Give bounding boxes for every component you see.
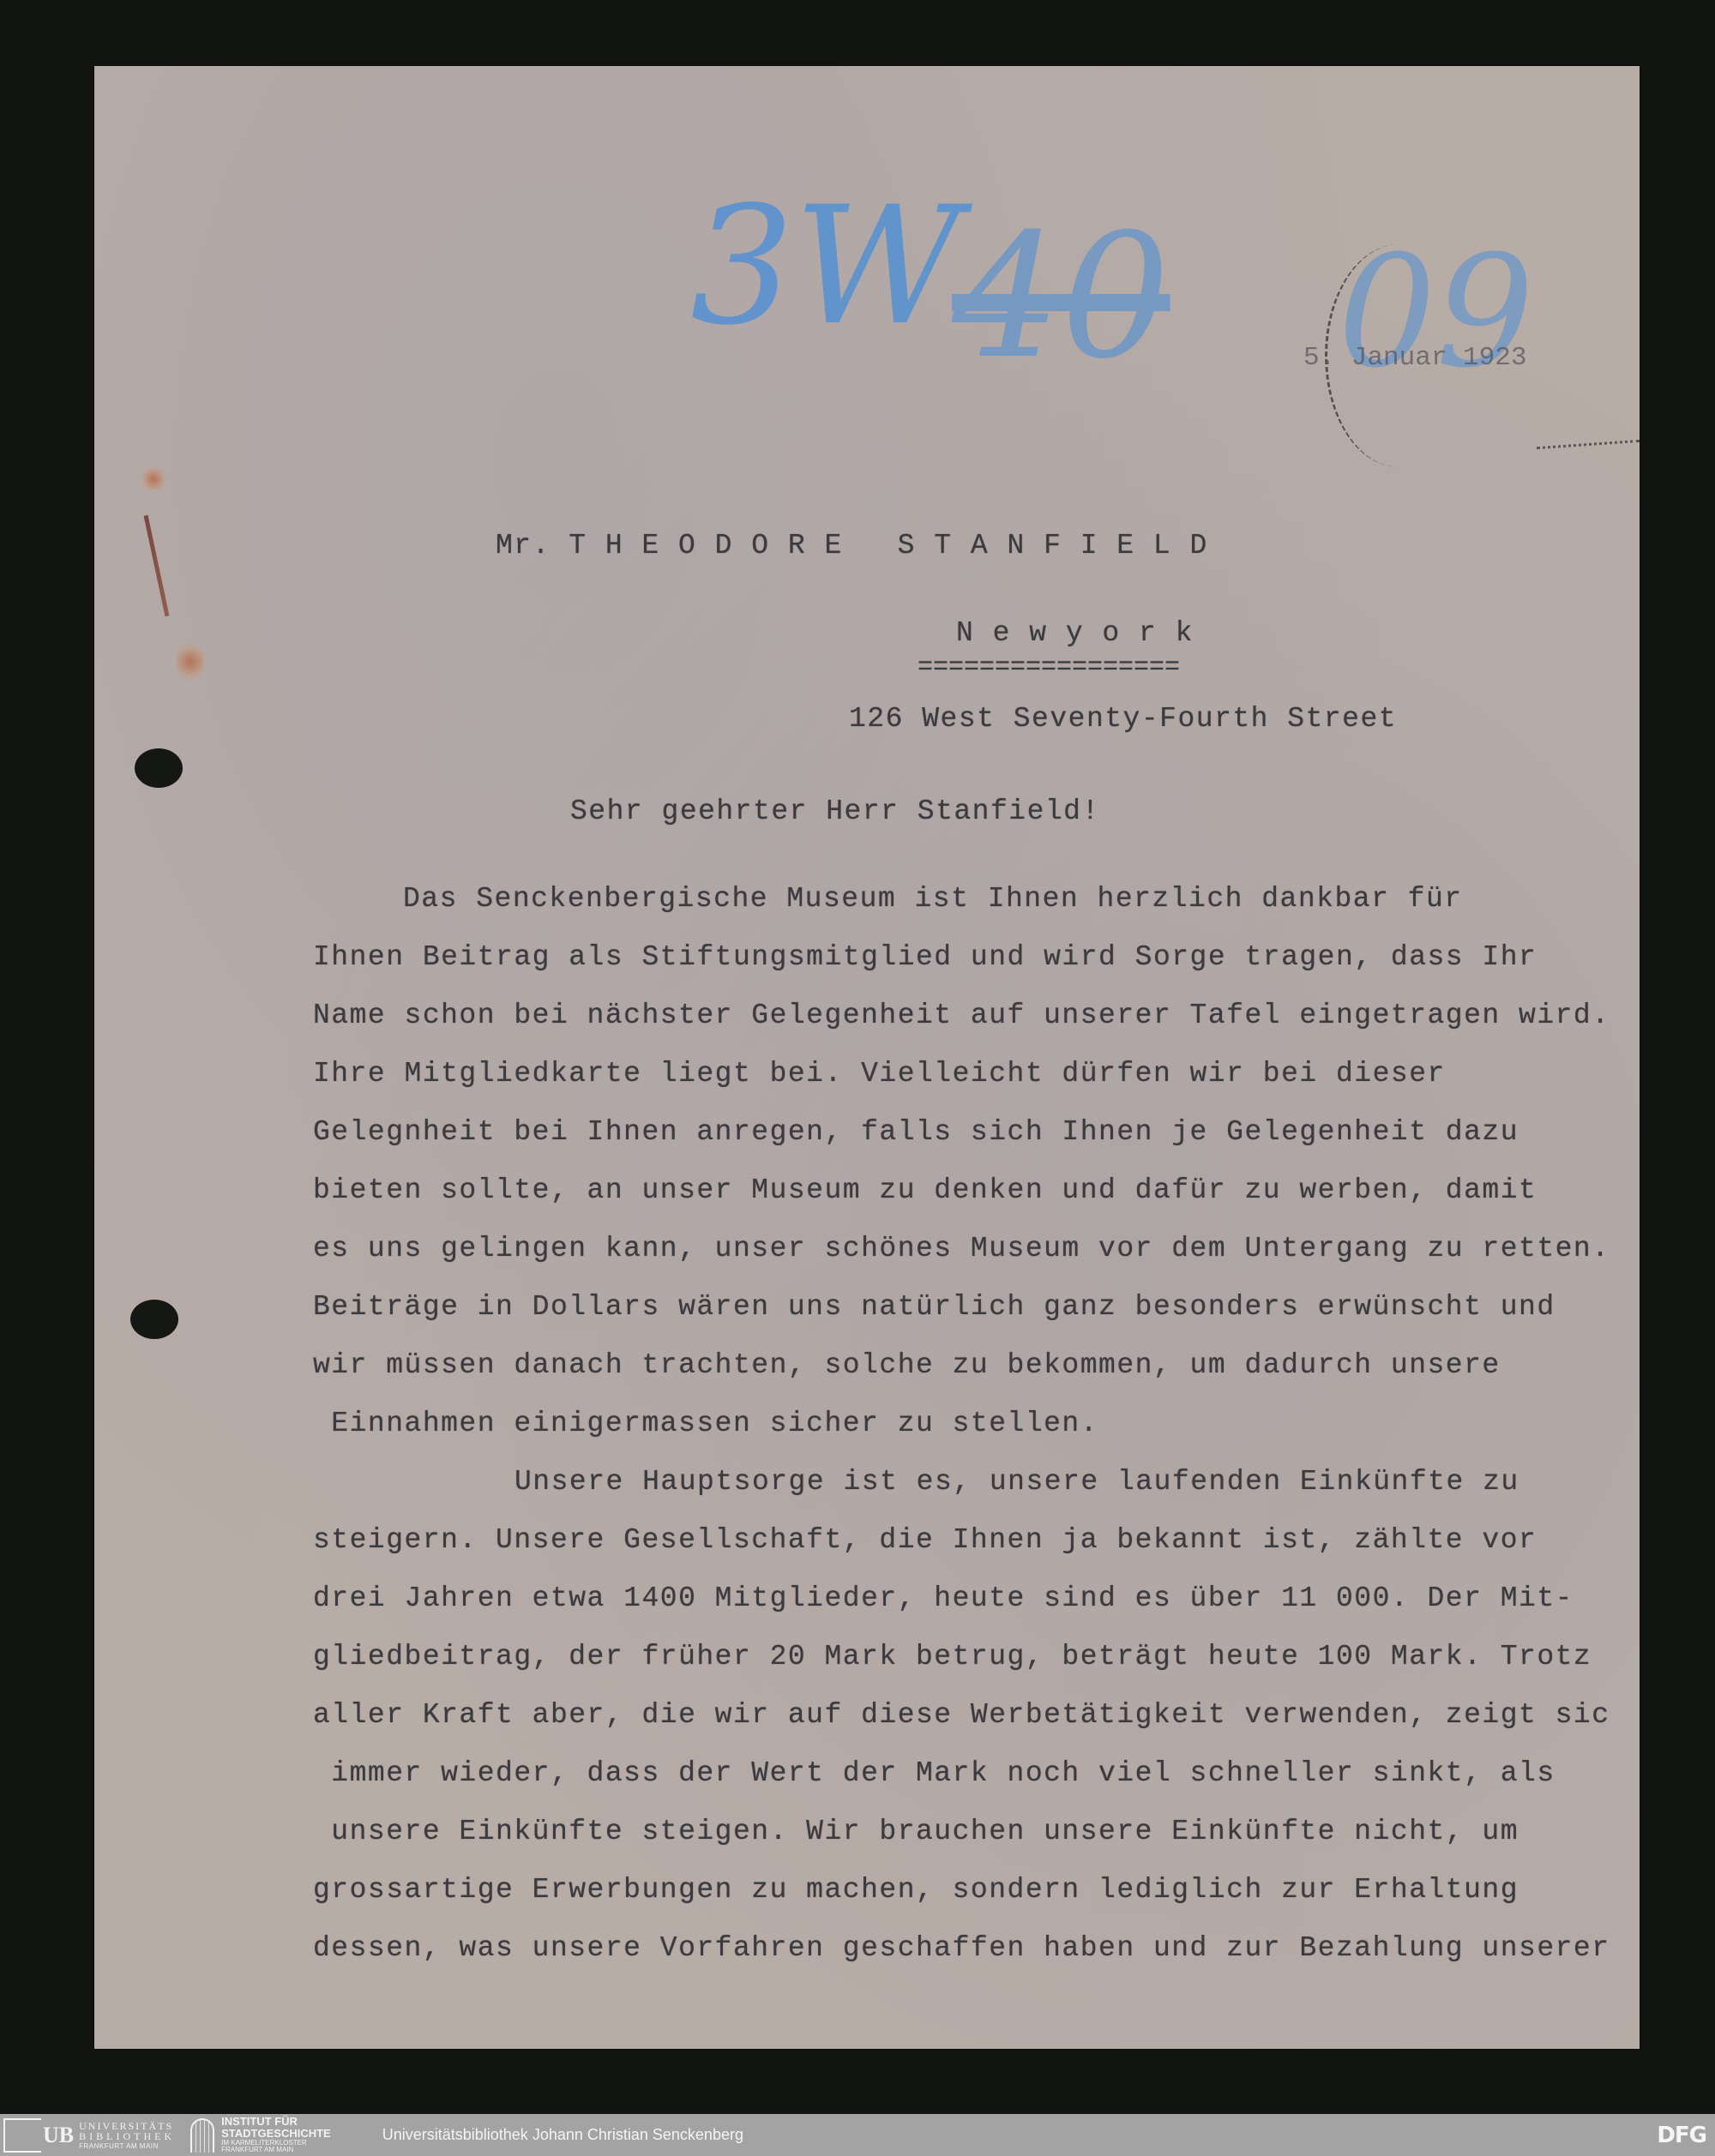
body-line: steigern. Unsere Gesellschaft, die Ihnen… (313, 1524, 1537, 1556)
struck-number-mark: 40 (952, 197, 1170, 397)
ub-logo[interactable]: UB UNIVERSITÄTS BIBLIOTHEK FRANKFURT AM … (3, 2117, 175, 2153)
torn-edge (1537, 440, 1640, 531)
body-line: Ihnen Beitrag als Stiftungsmitglied und … (313, 941, 1537, 973)
body-line: Beiträge in Dollars wären uns natürlich … (313, 1291, 1556, 1323)
body-line: grossartige Erwerbungen zu machen, sonde… (313, 1874, 1519, 1906)
body-line: immer wieder, dass der Wert der Mark noc… (313, 1757, 1556, 1789)
body-line: Das Senckenbergische Museum ist Ihnen he… (403, 883, 1463, 915)
ub-letters: UB (43, 2123, 74, 2148)
ub-line-2: BIBLIOTHEK (79, 2131, 175, 2141)
body-line: unsere Einkünfte steigen. Wir brauchen u… (313, 1816, 1519, 1847)
punch-hole-top (135, 748, 183, 788)
body-line: es uns gelingen kann, unser schönes Muse… (313, 1233, 1610, 1264)
rust-stain (141, 467, 165, 491)
ub-line-3: FRANKFURT AM MAIN (79, 2143, 175, 2150)
isg-logo[interactable]: INSTITUT FÜR STADTGESCHICHTE IM KARMELIT… (190, 2116, 331, 2153)
arch-icon (190, 2118, 214, 2153)
body-line: gliedbeitrag, der früher 20 Mark betrug,… (313, 1641, 1592, 1673)
body-line: Name schon bei nächster Gelegenheit auf … (313, 1000, 1610, 1031)
letter-date: 5. Januar 1923 (1303, 343, 1526, 373)
isg-line-2: STADTGESCHICHTE (221, 2128, 331, 2140)
body-line: wir müssen danach trachten, solche zu be… (313, 1349, 1501, 1381)
body-line: Unsere Hauptsorge ist es, unsere laufend… (514, 1466, 1519, 1498)
body-line: Gelegnheit bei Ihnen anregen, falls sich… (313, 1116, 1519, 1148)
footer-bar: UB UNIVERSITÄTS BIBLIOTHEK FRANKFURT AM … (0, 2114, 1715, 2156)
ub-line-1: UNIVERSITÄTS (79, 2121, 175, 2131)
body-line: Ihre Mitgliedkarte liegt bei. Vielleicht… (313, 1058, 1446, 1090)
body-line: aller Kraft aber, die wir auf diese Werb… (313, 1699, 1610, 1731)
ub-emblem-icon (3, 2118, 41, 2153)
body-line: dessen, was unsere Vorfahren geschaffen … (313, 1932, 1610, 1964)
punch-hole-bottom (130, 1300, 178, 1339)
city-underline: ================= (918, 653, 1180, 682)
body-line: drei Jahren etwa 1400 Mitglieder, heute … (313, 1582, 1574, 1614)
recipient-street: 126 West Seventy-Fourth Street (849, 703, 1397, 735)
salutation: Sehr geehrter Herr Stanfield! (570, 796, 1100, 827)
body-line: bieten sollte, an unser Museum zu denken… (313, 1174, 1537, 1206)
recipient-name: Mr. T H E O D O R E S T A N F I E L D (496, 530, 1208, 562)
dfg-logo[interactable]: DFG (1657, 2123, 1706, 2148)
isg-line-1: INSTITUT FÜR (221, 2116, 331, 2128)
archive-number-mark: 3W (690, 171, 961, 361)
body-line: Einnahmen einigermassen sicher zu stelle… (313, 1408, 1098, 1439)
library-title: Universitätsbibliothek Johann Christian … (382, 2126, 743, 2144)
recipient-city: N e w y o r k (956, 617, 1194, 649)
isg-line-4: FRANKFURT AM MAIN (221, 2147, 331, 2153)
rust-stain (176, 643, 205, 681)
